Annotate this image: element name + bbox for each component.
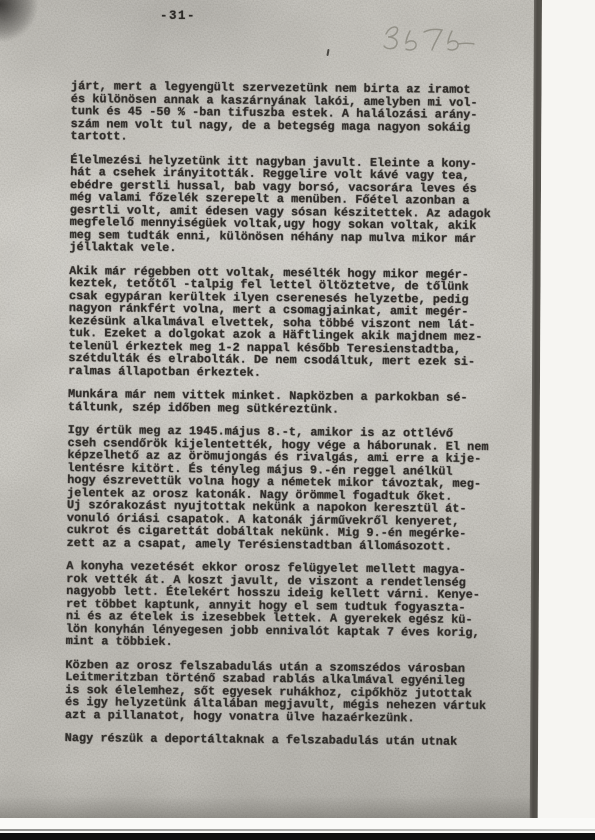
- paper-background: -31- járt, mert a legyengült szervezetün…: [0, 0, 544, 820]
- page-number: -31-: [160, 9, 196, 23]
- paper-bottom-edge-shadow: [0, 796, 544, 818]
- text-line: zett az a csapat, amely Terésienstadtban…: [66, 536, 487, 553]
- scan-artifact-line: [0, 829, 595, 831]
- paragraph: járt, mert a legyengült szervezetünk nem…: [70, 80, 492, 147]
- handwritten-number: [378, 20, 478, 62]
- paragraph: A konyha vezetését ekkor orosz felügyele…: [66, 560, 488, 652]
- typed-text-block: járt, mert a legyengült szervezetünk nem…: [65, 80, 492, 760]
- paragraph: Igy értük meg az 1945.május 8.-t, amikor…: [66, 424, 488, 553]
- scan-edge-bar: [0, 833, 595, 840]
- paragraph: Közben az orosz felszabadulás után a szo…: [65, 658, 487, 725]
- paragraph: Élelmezési helyzetünk itt nagyban javult…: [69, 153, 491, 257]
- paragraph: Munkára már nem vittek minket. Napközben…: [68, 388, 489, 417]
- text-line: Nagy részük a deportáltaknak a felszabad…: [65, 732, 486, 749]
- scan-margin-right: [538, 0, 595, 826]
- paragraph: Akik már régebben ott voltak, mesélték h…: [68, 264, 490, 381]
- text-line: szám nem volt tul nagy, de a betegség ma…: [71, 117, 492, 134]
- paragraph: Nagy részük a deportáltaknak a felszabad…: [65, 732, 486, 749]
